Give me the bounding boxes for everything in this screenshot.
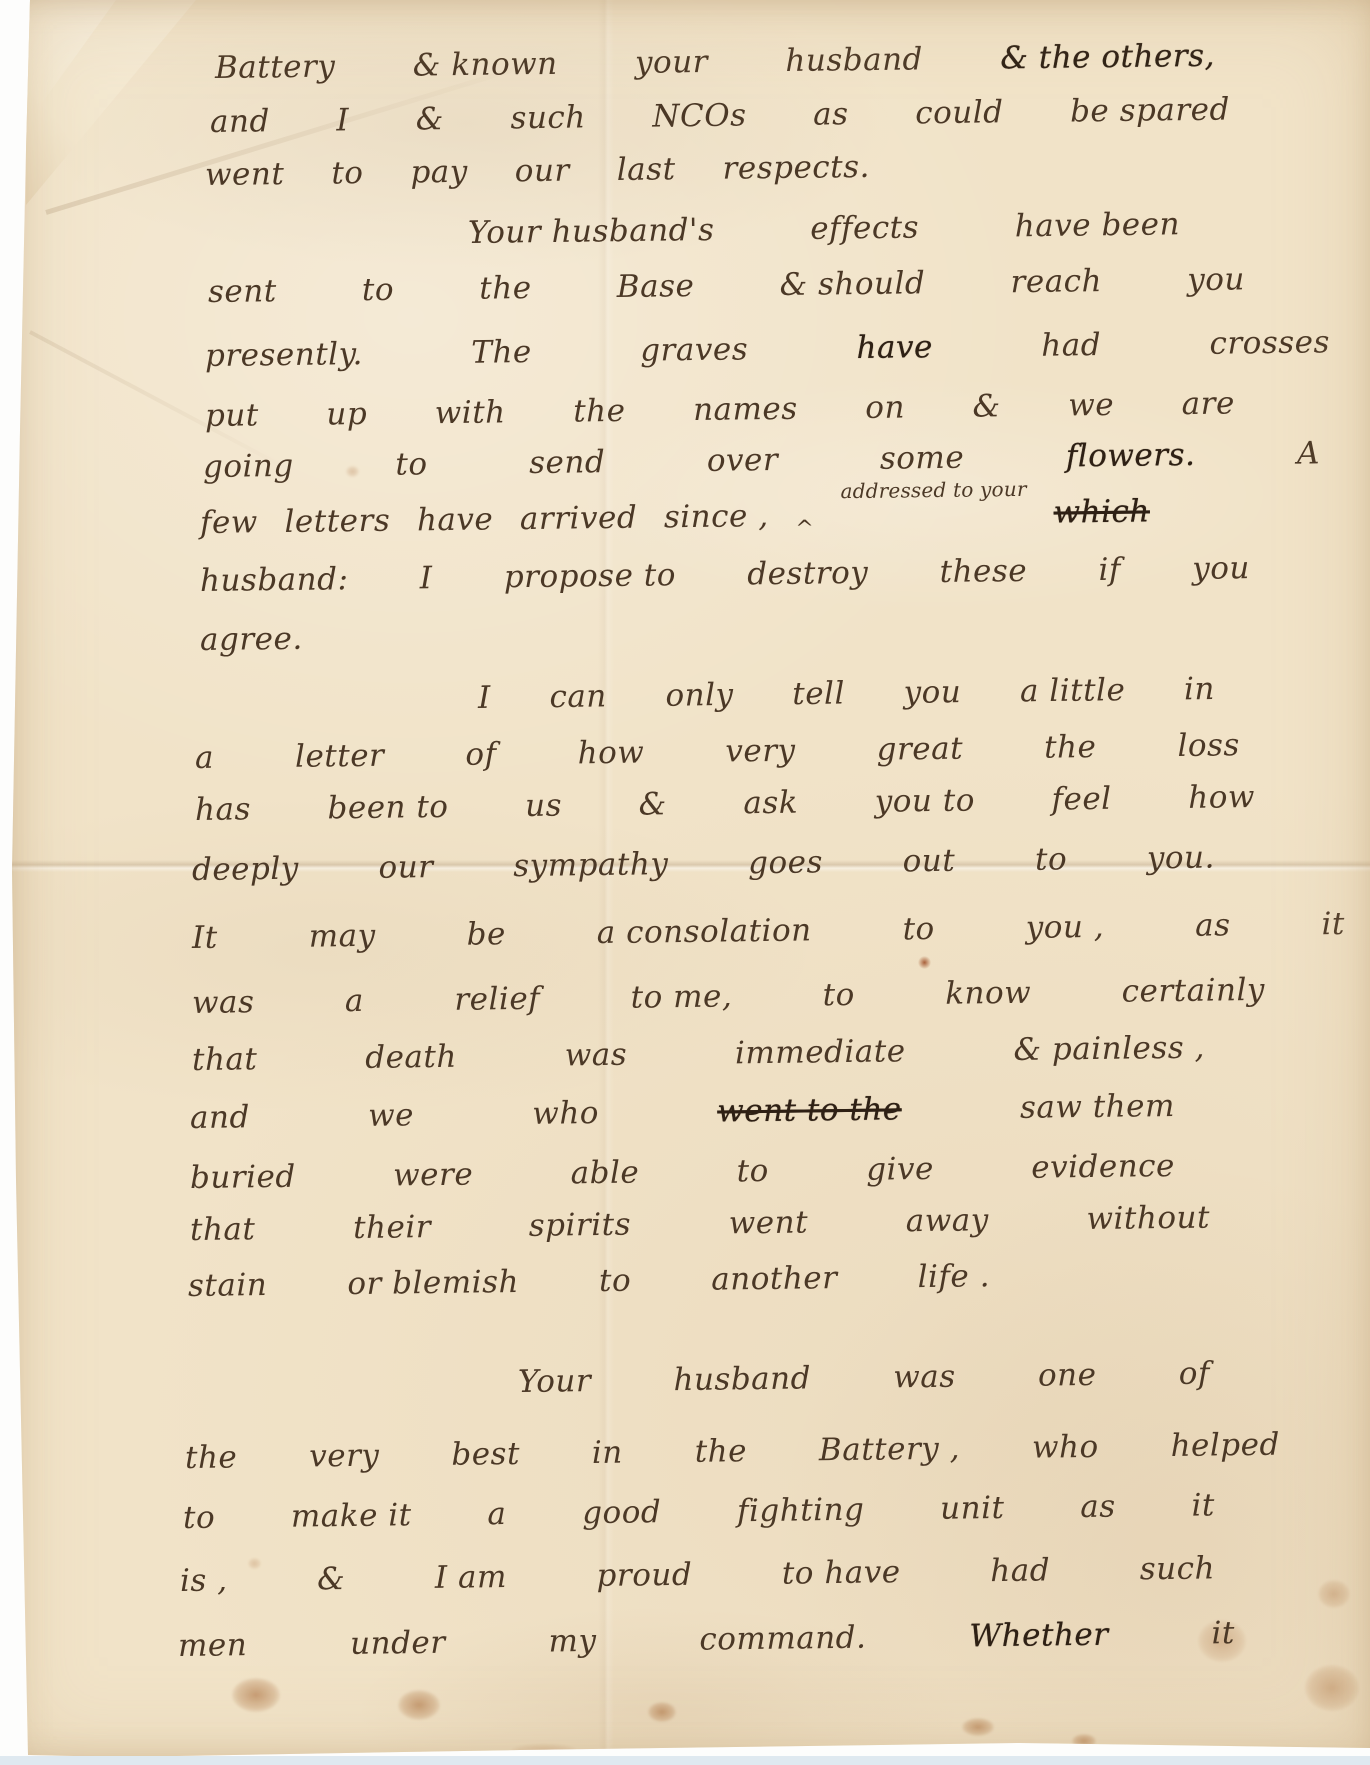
- word: Your: [518, 1361, 592, 1402]
- word: respects.: [722, 147, 870, 189]
- handwritten-line: buriedwereabletogiveevidence: [190, 1146, 1175, 1198]
- word: effects: [810, 207, 919, 248]
- word: NCOs: [652, 95, 747, 136]
- handwritten-line: Your husband'seffectshave been: [468, 204, 1180, 253]
- word: Battery: [215, 47, 336, 88]
- word: Battery ,: [819, 1429, 961, 1471]
- word: A: [1297, 433, 1320, 473]
- word: to: [331, 153, 364, 193]
- handwritten-line: andwewhowent to thesaw them: [190, 1086, 1175, 1138]
- word: ask: [743, 783, 798, 824]
- insertion-caret: ^: [795, 509, 814, 549]
- word: letter: [295, 736, 385, 777]
- word: &: [638, 784, 667, 824]
- word: best: [451, 1434, 520, 1475]
- word: without: [1086, 1198, 1210, 1240]
- handwritten-line: fewlettershavearrivedsince ,^addressed t…: [200, 491, 1150, 547]
- word: make it: [291, 1495, 412, 1536]
- word: such: [510, 97, 586, 138]
- handwritten-line: aletterofhowverygreattheloss: [195, 725, 1240, 778]
- word: &: [972, 386, 1001, 426]
- handwritten-line: Yourhusbandwasoneof: [518, 1354, 1210, 1402]
- handwritten-line: Itmaybea consolationtoyou ,asit: [192, 904, 1345, 958]
- word: who: [532, 1093, 599, 1134]
- word: unit: [940, 1488, 1005, 1529]
- word: or blemish: [347, 1262, 519, 1304]
- word: how: [1188, 777, 1255, 818]
- word: give: [866, 1149, 934, 1190]
- word: destroy: [747, 553, 869, 594]
- word: the: [185, 1437, 238, 1478]
- word: command.: [699, 1618, 866, 1660]
- word: our: [378, 847, 433, 888]
- word: tell: [792, 674, 845, 715]
- word: us: [525, 786, 562, 826]
- word: our: [515, 151, 570, 192]
- handwritten-line: tomake itagoodfightingunitasit: [183, 1485, 1215, 1538]
- word: under: [350, 1623, 446, 1664]
- handwritten-line: senttotheBase& shouldreachyou: [208, 259, 1245, 312]
- word: a consolation: [597, 910, 812, 953]
- word: loss: [1177, 725, 1240, 766]
- word: may: [308, 916, 375, 957]
- word: husband: [785, 39, 923, 81]
- word: as: [813, 94, 849, 134]
- word: to: [1035, 839, 1068, 879]
- word: pay: [410, 152, 468, 193]
- word: goes: [748, 842, 823, 883]
- handwritten-line: goingtosendoversomeflowers.A: [203, 433, 1320, 487]
- word: you to: [875, 780, 976, 821]
- word: put: [205, 395, 259, 436]
- word: &: [416, 99, 445, 139]
- word: last: [617, 149, 676, 190]
- word: going: [203, 446, 294, 487]
- word: very: [725, 731, 796, 772]
- word: had: [990, 1550, 1050, 1591]
- word: a: [195, 738, 214, 778]
- handwritten-line: putupwiththenameson&weare: [205, 383, 1235, 436]
- word: you: [1187, 259, 1245, 300]
- word: presently.: [205, 334, 363, 376]
- word: arrived: [520, 498, 638, 539]
- word: we: [1068, 385, 1114, 426]
- word: their: [353, 1207, 431, 1248]
- word: send: [529, 442, 606, 483]
- word: in: [1184, 669, 1215, 709]
- word: know: [945, 973, 1031, 1014]
- word: you: [903, 672, 961, 713]
- word: deeply: [192, 849, 299, 890]
- word: a little: [1020, 670, 1126, 711]
- word: one: [1038, 1355, 1097, 1396]
- word: are: [1181, 383, 1235, 424]
- word: as: [1080, 1487, 1116, 1527]
- word: had: [1041, 325, 1101, 366]
- scanner-background-edge: [0, 1756, 1370, 1765]
- word: you ,: [1025, 907, 1104, 948]
- handwritten-line: andI&suchNCOsascouldbe spared: [210, 90, 1230, 142]
- word: that: [192, 1039, 258, 1080]
- handwritten-line: theverybestintheBattery ,whohelped: [185, 1425, 1280, 1478]
- handwritten-line: hasbeen tous&askyou tofeelhow: [195, 777, 1255, 830]
- handwritten-line: presently.Thegraveshavehadcrosses: [205, 322, 1330, 376]
- word: fighting: [737, 1490, 865, 1532]
- word: and: [190, 1097, 250, 1138]
- word: how: [577, 733, 644, 774]
- word: the: [1044, 727, 1097, 768]
- word: flowers.: [1066, 435, 1196, 477]
- word: I: [420, 558, 433, 598]
- word: immediate: [735, 1031, 906, 1073]
- inserted-text: addressed to your: [840, 469, 1027, 511]
- word: to: [395, 444, 428, 484]
- word: & painless ,: [1013, 1028, 1205, 1070]
- word: have: [856, 327, 933, 368]
- word: evidence: [1031, 1146, 1175, 1188]
- word: letters: [284, 501, 390, 542]
- word: my: [548, 1621, 596, 1662]
- word: It: [192, 918, 218, 958]
- word: feel: [1051, 779, 1112, 820]
- word: proud: [596, 1555, 692, 1596]
- word: the: [479, 268, 532, 309]
- word: been to: [327, 787, 448, 828]
- word: to have: [782, 1552, 901, 1593]
- word: away: [905, 1200, 988, 1241]
- word: buried: [190, 1157, 296, 1198]
- handwritten-line: thatdeathwasimmediate& painless ,: [192, 1028, 1205, 1080]
- word: went: [728, 1202, 808, 1243]
- word: & known: [413, 44, 558, 86]
- word: great: [876, 729, 963, 770]
- word: I: [336, 100, 349, 140]
- word: sympathy: [513, 844, 669, 886]
- word: Your husband's: [468, 210, 715, 253]
- word: I: [478, 678, 491, 718]
- word: the: [573, 391, 626, 432]
- word: was: [893, 1357, 956, 1398]
- word: it: [1191, 1485, 1215, 1525]
- word: went: [205, 154, 285, 195]
- handwritten-line: menundermycommand.Whetherit: [178, 1613, 1235, 1666]
- handwritten-line: Battery& knownyourhusband& the others,: [215, 36, 1215, 88]
- word: we: [368, 1095, 414, 1136]
- word: these: [939, 551, 1027, 592]
- word: to: [902, 909, 935, 949]
- word: to: [183, 1498, 216, 1538]
- word: spirits: [529, 1205, 632, 1246]
- letter-page: Battery& knownyourhusband& the others,an…: [0, 0, 1370, 1765]
- word: helped: [1170, 1425, 1280, 1466]
- word: if: [1098, 550, 1121, 590]
- word: that: [190, 1209, 256, 1250]
- word: out: [902, 841, 955, 882]
- word: to me,: [630, 976, 732, 1017]
- word: you: [1192, 548, 1250, 589]
- word: agree.: [200, 619, 303, 660]
- word: very: [309, 1436, 380, 1477]
- word: &: [317, 1559, 346, 1599]
- handwritten-line: husband:Ipropose todestroytheseifyou: [200, 548, 1250, 601]
- word: such: [1139, 1548, 1215, 1589]
- word: over: [707, 440, 779, 481]
- word: have: [417, 499, 494, 540]
- word: propose to: [504, 555, 677, 597]
- letter-scan: Battery& knownyourhusband& the others,an…: [0, 0, 1370, 1765]
- word: your: [635, 42, 708, 83]
- word: be: [466, 914, 506, 954]
- word: up: [326, 394, 367, 434]
- word: who: [1032, 1427, 1099, 1468]
- word: to: [822, 975, 855, 1015]
- word: to: [736, 1151, 769, 1191]
- word: of: [465, 734, 497, 774]
- word: saw them: [1020, 1086, 1175, 1128]
- word: were: [393, 1155, 474, 1196]
- word: it: [1211, 1613, 1235, 1653]
- word: Whether: [969, 1615, 1109, 1657]
- word: another: [711, 1258, 838, 1300]
- word: in: [592, 1433, 623, 1473]
- handwritten-line: wasareliefto me,toknowcertainly: [192, 970, 1265, 1023]
- word: the: [694, 1431, 747, 1472]
- struck-word: went to the: [717, 1089, 902, 1131]
- word: reach: [1010, 261, 1102, 302]
- word: stain: [188, 1265, 268, 1306]
- word: to: [362, 270, 395, 310]
- handwritten-line: is ,&I amproudto havehadsuch: [180, 1548, 1215, 1601]
- word: was: [564, 1035, 627, 1076]
- word: is ,: [180, 1560, 228, 1601]
- word: was: [192, 982, 255, 1023]
- word: & should: [779, 263, 925, 305]
- word: with: [435, 392, 506, 433]
- word: only: [665, 675, 734, 716]
- letter-text: Battery& knownyourhusband& the others,an…: [0, 0, 1370, 1765]
- word: husband:: [200, 559, 349, 601]
- word: you.: [1147, 838, 1215, 879]
- word: life .: [917, 1256, 990, 1297]
- word: crosses: [1209, 322, 1330, 363]
- word: I am: [435, 1557, 507, 1598]
- word: husband: [673, 1358, 811, 1400]
- word: graves: [640, 329, 748, 370]
- word: can: [549, 676, 607, 717]
- word: good: [582, 1492, 661, 1533]
- word: sent: [208, 271, 277, 312]
- word: men: [178, 1625, 248, 1666]
- word: & the others,: [1000, 36, 1215, 79]
- word: certainly: [1121, 970, 1265, 1012]
- word: a: [345, 981, 364, 1021]
- word: relief: [454, 979, 540, 1020]
- word: Base: [617, 266, 695, 307]
- handwritten-line: thattheirspiritswentawaywithout: [190, 1198, 1210, 1250]
- handwritten-line: Icanonlytellyoua littlein: [478, 669, 1215, 718]
- word: on: [865, 387, 905, 427]
- word: and: [210, 101, 270, 142]
- word: could: [915, 92, 1004, 133]
- word: has: [195, 789, 251, 830]
- word: few: [200, 502, 258, 543]
- handwritten-line: stainor blemishtoanotherlife .: [188, 1256, 990, 1306]
- word: death: [365, 1037, 457, 1078]
- handwritten-line: agree.: [200, 619, 303, 660]
- word: able: [570, 1153, 639, 1194]
- word: it: [1321, 904, 1345, 944]
- struck-word: which: [1053, 491, 1150, 532]
- word: names: [693, 389, 798, 430]
- word: have been: [1015, 204, 1181, 246]
- word: since ,: [664, 496, 769, 537]
- word: of: [1179, 1354, 1211, 1394]
- word: to: [599, 1261, 632, 1301]
- handwritten-line: wenttopayourlastrespects.: [205, 147, 870, 195]
- word: The: [471, 332, 532, 373]
- handwritten-line: deeplyoursympathygoesouttoyou.: [192, 838, 1215, 890]
- word: as: [1195, 905, 1231, 945]
- word: be spared: [1070, 90, 1230, 132]
- word: a: [487, 1494, 506, 1534]
